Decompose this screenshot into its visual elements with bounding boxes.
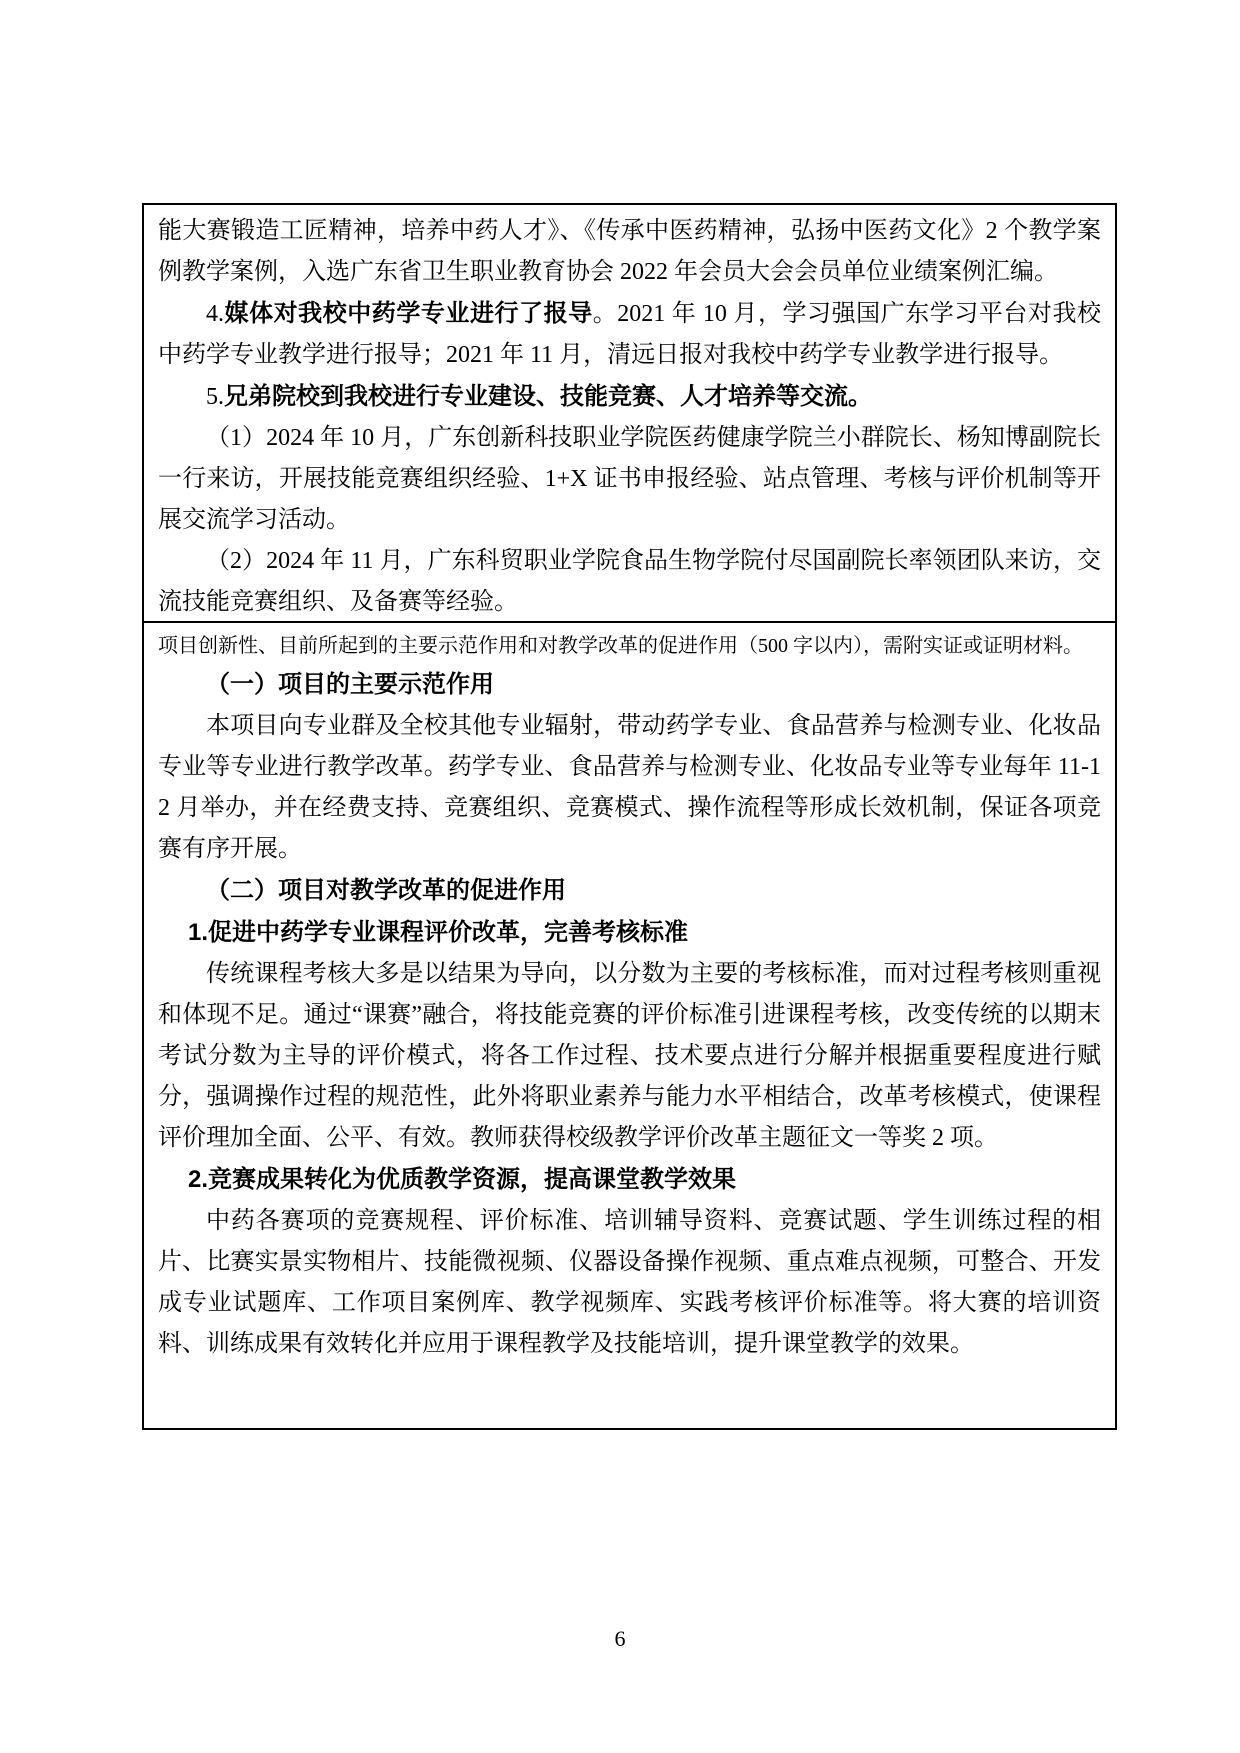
paragraph: （1）2024 年 10 月，广东创新科技职业学院医药健康学院兰小群院长、杨知博…: [158, 418, 1101, 541]
text-run: 4.: [206, 301, 224, 327]
bold-text-run: 2.竞赛成果转化为优质教学资源，提高课堂教学效果: [188, 1166, 736, 1193]
text-run: 中药各赛项的竞赛规程、评价标准、培训辅导资料、竞赛试题、学生训练过程的相片、比赛…: [158, 1208, 1101, 1357]
bold-text-run: （一）项目的主要示范作用: [206, 671, 494, 698]
document-page: 能大赛锻造工匠精神，培养中药人才》、《传承中医药精神，弘扬中医药文化》2 个教学…: [0, 0, 1240, 1753]
paragraph: 5.兄弟院校到我校进行专业建设、技能竞赛、人才培养等交流。: [158, 376, 1101, 418]
section-heading: （二）项目对教学改革的促进作用: [158, 870, 1101, 912]
bold-text-run: 1.促进中药学专业课程评价改革，完善考核标准: [188, 919, 688, 946]
text-run: 能大赛锻造工匠精神，培养中药人才》、《传承中医药精神，弘扬中医药文化》2 个教学…: [158, 218, 1101, 285]
text-run: 本项目向专业群及全校其他专业辐射，带动药学专业、食品营养与检测专业、化妆品专业等…: [158, 713, 1101, 862]
paragraph: 传统课程考核大多是以结果为导向，以分数为主要的考核标准，而对过程考核则重视和体现…: [158, 954, 1101, 1159]
table-cell-project-results-continued: 能大赛锻造工匠精神，培养中药人才》、《传承中医药精神，弘扬中医药文化》2 个教学…: [144, 205, 1115, 623]
cell-body-paragraphs: （一）项目的主要示范作用本项目向专业群及全校其他专业辐射，带动药学专业、食品营养…: [158, 664, 1101, 1365]
page-number: 6: [615, 1626, 626, 1651]
text-run: （2）2024 年 11 月，广东科贸职业学院食品生物学院付尽国副院长率领团队来…: [158, 548, 1101, 615]
form-table: 能大赛锻造工匠精神，培养中药人才》、《传承中医药精神，弘扬中医药文化》2 个教学…: [142, 203, 1117, 1430]
text-run: （1）2024 年 10 月，广东创新科技职业学院医药健康学院兰小群院长、杨知博…: [158, 425, 1101, 533]
paragraph: 本项目向专业群及全校其他专业辐射，带动药学专业、食品营养与检测专业、化妆品专业等…: [158, 706, 1101, 870]
table-cell-innovation-and-demonstration: 项目创新性、目前所起到的主要示范作用和对教学改革的促进作用（500 字以内），需…: [144, 623, 1115, 1428]
page-footer: 6: [0, 1626, 1240, 1652]
section-heading: 1.促进中药学专业课程评价改革，完善考核标准: [158, 912, 1101, 954]
paragraph: （2）2024 年 11 月，广东科贸职业学院食品生物学院付尽国副院长率领团队来…: [158, 541, 1101, 623]
text-run: 5.: [206, 384, 224, 410]
bold-text-run: 兄弟院校到我校进行专业建设、技能竞赛、人才培养等交流。: [224, 383, 872, 410]
paragraph: 4.媒体对我校中药学专业进行了报导。2021 年 10 月，学习强国广东学习平台…: [158, 293, 1101, 376]
paragraph: 能大赛锻造工匠精神，培养中药人才》、《传承中医药精神，弘扬中医药文化》2 个教学…: [158, 211, 1101, 293]
bold-text-run: 媒体对我校中药学专业进行了报导: [224, 300, 593, 327]
section-heading: 2.竞赛成果转化为优质教学资源，提高课堂教学效果: [158, 1159, 1101, 1201]
text-run: 传统课程考核大多是以结果为导向，以分数为主要的考核标准，而对过程考核则重视和体现…: [158, 961, 1101, 1151]
bold-text-run: （二）项目对教学改革的促进作用: [206, 877, 566, 904]
cell-prompt-text: 项目创新性、目前所起到的主要示范作用和对教学改革的促进作用（500 字以内），需…: [158, 629, 1101, 664]
paragraph: 中药各赛项的竞赛规程、评价标准、培训辅导资料、竞赛试题、学生训练过程的相片、比赛…: [158, 1201, 1101, 1365]
section-heading: （一）项目的主要示范作用: [158, 664, 1101, 706]
